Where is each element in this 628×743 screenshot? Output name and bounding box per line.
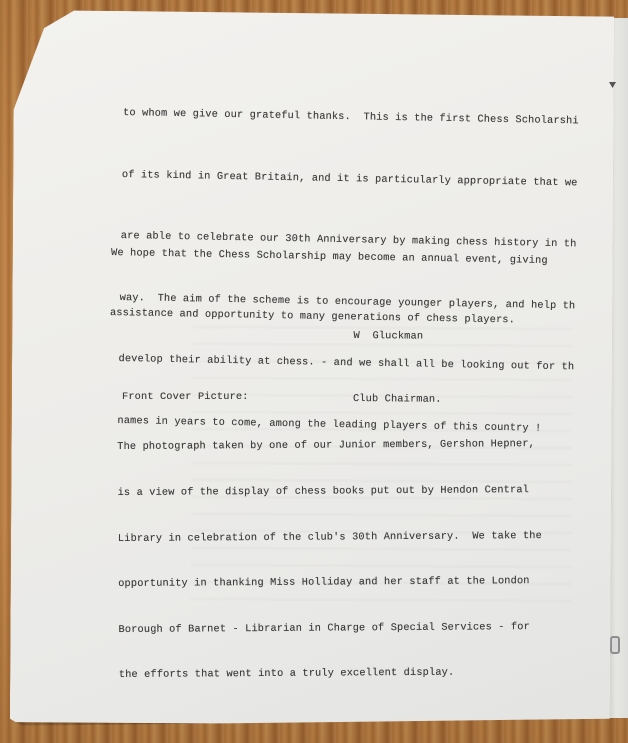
text-line: is a view of the display of chess books … [118, 483, 542, 501]
paragraph-front-cover: The photograph taken by one of our Junio… [117, 407, 543, 699]
text-line: The photograph taken by one of our Junio… [117, 437, 541, 455]
section-heading: Front Cover Picture: [122, 387, 249, 408]
text-line: to whom we give our grateful thanks. Thi… [123, 103, 579, 132]
text-line: We hope that the Chess Scholarship may b… [111, 243, 548, 271]
staple-icon [610, 636, 620, 654]
text-line: Library in celebration of the club's 30t… [118, 529, 542, 547]
paragraph-hope: We hope that the Chess Scholarship may b… [109, 203, 548, 351]
text-line: the efforts that went into a truly excel… [119, 665, 543, 683]
text-line: of its kind in Great Britain, and it is … [122, 164, 578, 193]
text-line: opportunity in thanking Miss Holliday an… [118, 574, 542, 592]
text-line: Borough of Barnet - Librarian in Charge … [118, 620, 542, 638]
text-line: develop their ability at chess. - and we… [118, 349, 574, 378]
text-line: assistance and opportunity to many gener… [110, 303, 547, 331]
signature-name: W Gluckman [353, 326, 442, 348]
